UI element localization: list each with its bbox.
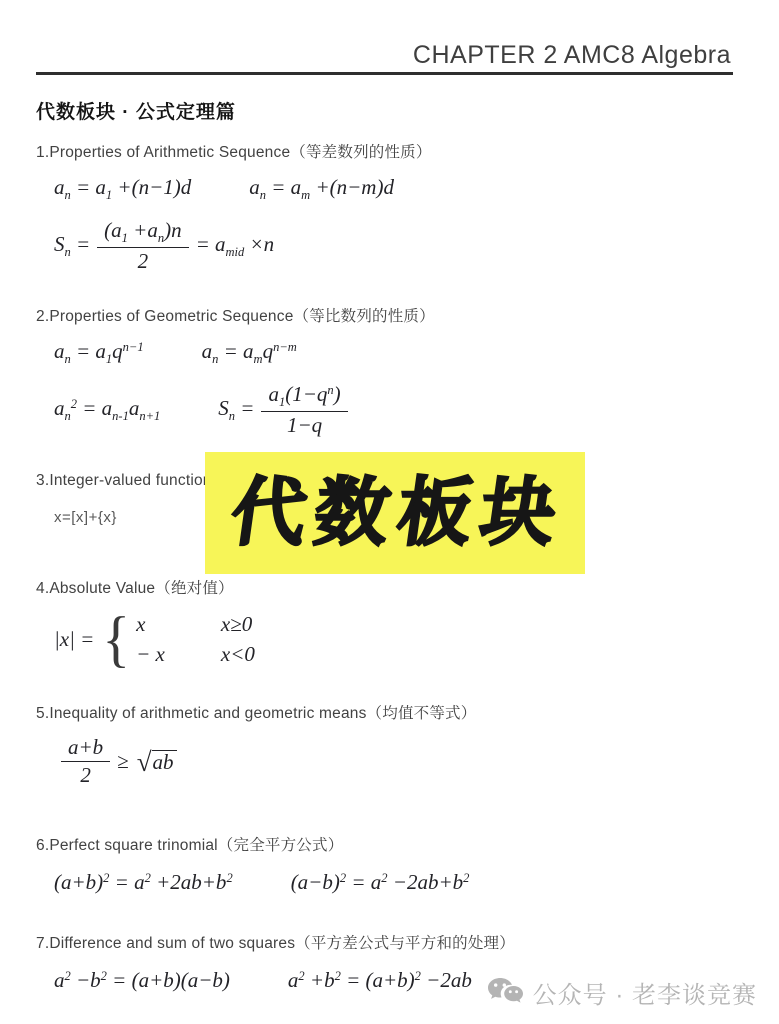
document-page: CHAPTER 2 AMC8 Algebra 代数板块 · 公式定理篇 1.Pr… <box>0 0 779 1024</box>
wechat-icon <box>487 977 524 1008</box>
formula: (a−b)2 = a2 −2ab+b2 <box>291 870 470 895</box>
formula-row: Sn =(a1 +an)n2= amid ×n <box>54 218 739 274</box>
formula-text: x=[x]+{x} <box>54 509 117 526</box>
formula-row: an2 = an-1an+1Sn =a1(1−qn)1−q <box>54 382 739 438</box>
radical-sign: √ <box>137 750 152 774</box>
watermark: 公众号 · 老李谈竞赛 <box>487 975 757 1010</box>
formula-row: an = a1qn−1an = amqn−m <box>54 338 739 368</box>
formula-section-1: 1.Properties of Arithmetic Sequence（等差数列… <box>36 140 739 274</box>
formula-section-6: 6.Perfect square trinomial（完全平方公式）(a+b)2… <box>36 833 739 897</box>
formula-text: an2 = an-1an+1 <box>54 396 160 424</box>
formula-text: an = a1qn−1 <box>54 339 144 367</box>
section-heading: 6.Perfect square trinomial（完全平方公式） <box>36 833 739 855</box>
formula-text: ≥ <box>117 749 129 774</box>
highlight-banner: 代数板块 <box>205 452 585 574</box>
formula: a2 +b2 = (a+b)2 −2ab <box>288 968 472 993</box>
formula: an2 = an-1an+1 <box>54 396 160 424</box>
formula: an = a1qn−1 <box>54 339 144 367</box>
square-root: √ab <box>137 750 177 774</box>
section-heading: 4.Absolute Value（绝对值） <box>36 576 739 598</box>
section-heading: 5.Inequality of arithmetic and geometric… <box>36 701 739 723</box>
formula: (a+b)2 = a2 +2ab+b2 <box>54 870 233 895</box>
formula-row: (a+b)2 = a2 +2ab+b2(a−b)2 = a2 −2ab+b2 <box>54 867 739 897</box>
formula-text: Sn = <box>218 396 254 424</box>
header-rule <box>36 72 733 75</box>
formula: |x| ={xx≥0− xx<0 <box>54 610 255 668</box>
section-heading: 1.Properties of Arithmetic Sequence（等差数列… <box>36 140 739 162</box>
formula: an = a1 +(n−1)d <box>54 175 191 203</box>
formula: Sn =a1(1−qn)1−q <box>218 382 354 438</box>
formula-text: an = a1 +(n−1)d <box>54 175 191 203</box>
formula: a+b2≥√ab <box>54 735 177 788</box>
formula-row: an = a1 +(n−1)dan = am +(n−m)d <box>54 174 739 204</box>
formula-text: = amid ×n <box>196 232 275 260</box>
fraction: a+b2 <box>61 735 110 788</box>
formula: a2 −b2 = (a+b)(a−b) <box>54 968 230 993</box>
watermark-label: 公众号 · 老李谈竞赛 <box>533 975 757 1010</box>
formula-text: a2 −b2 = (a+b)(a−b) <box>54 968 230 993</box>
formula-text: (a−b)2 = a2 −2ab+b2 <box>291 870 470 895</box>
piecewise-cases: |x| ={xx≥0− xx<0 <box>54 610 255 668</box>
chapter-header: CHAPTER 2 AMC8 Algebra <box>36 42 739 68</box>
formula-section-5: 5.Inequality of arithmetic and geometric… <box>36 701 739 788</box>
formula-row: a+b2≥√ab <box>54 735 739 788</box>
section-heading: 2.Properties of Geometric Sequence（等比数列的… <box>36 304 739 326</box>
formula: an = am +(n−m)d <box>249 175 394 203</box>
fraction: (a1 +an)n2 <box>97 218 188 274</box>
formula-text: Sn = <box>54 232 90 260</box>
formula-text: an = amqn−m <box>202 339 297 367</box>
formula: an = amqn−m <box>202 339 297 367</box>
banner-text: 代数板块 <box>221 476 569 550</box>
formula-text: (a+b)2 = a2 +2ab+b2 <box>54 870 233 895</box>
formula-section-2: 2.Properties of Geometric Sequence（等比数列的… <box>36 304 739 438</box>
formula-row: |x| ={xx≥0− xx<0 <box>54 610 739 668</box>
page-title: 代数板块 · 公式定理篇 <box>36 97 739 124</box>
formula-text: a2 +b2 = (a+b)2 −2ab <box>288 968 472 993</box>
formula-section-4: 4.Absolute Value（绝对值）|x| ={xx≥0− xx<0 <box>36 576 739 668</box>
formula: x=[x]+{x} <box>54 509 117 526</box>
section-heading: 7.Difference and sum of two squares（平方差公… <box>36 931 739 953</box>
cases-brace: { <box>102 608 130 671</box>
fraction: a1(1−qn)1−q <box>261 382 347 438</box>
formula: Sn =(a1 +an)n2= amid ×n <box>54 218 274 274</box>
formula-text: an = am +(n−m)d <box>249 175 394 203</box>
